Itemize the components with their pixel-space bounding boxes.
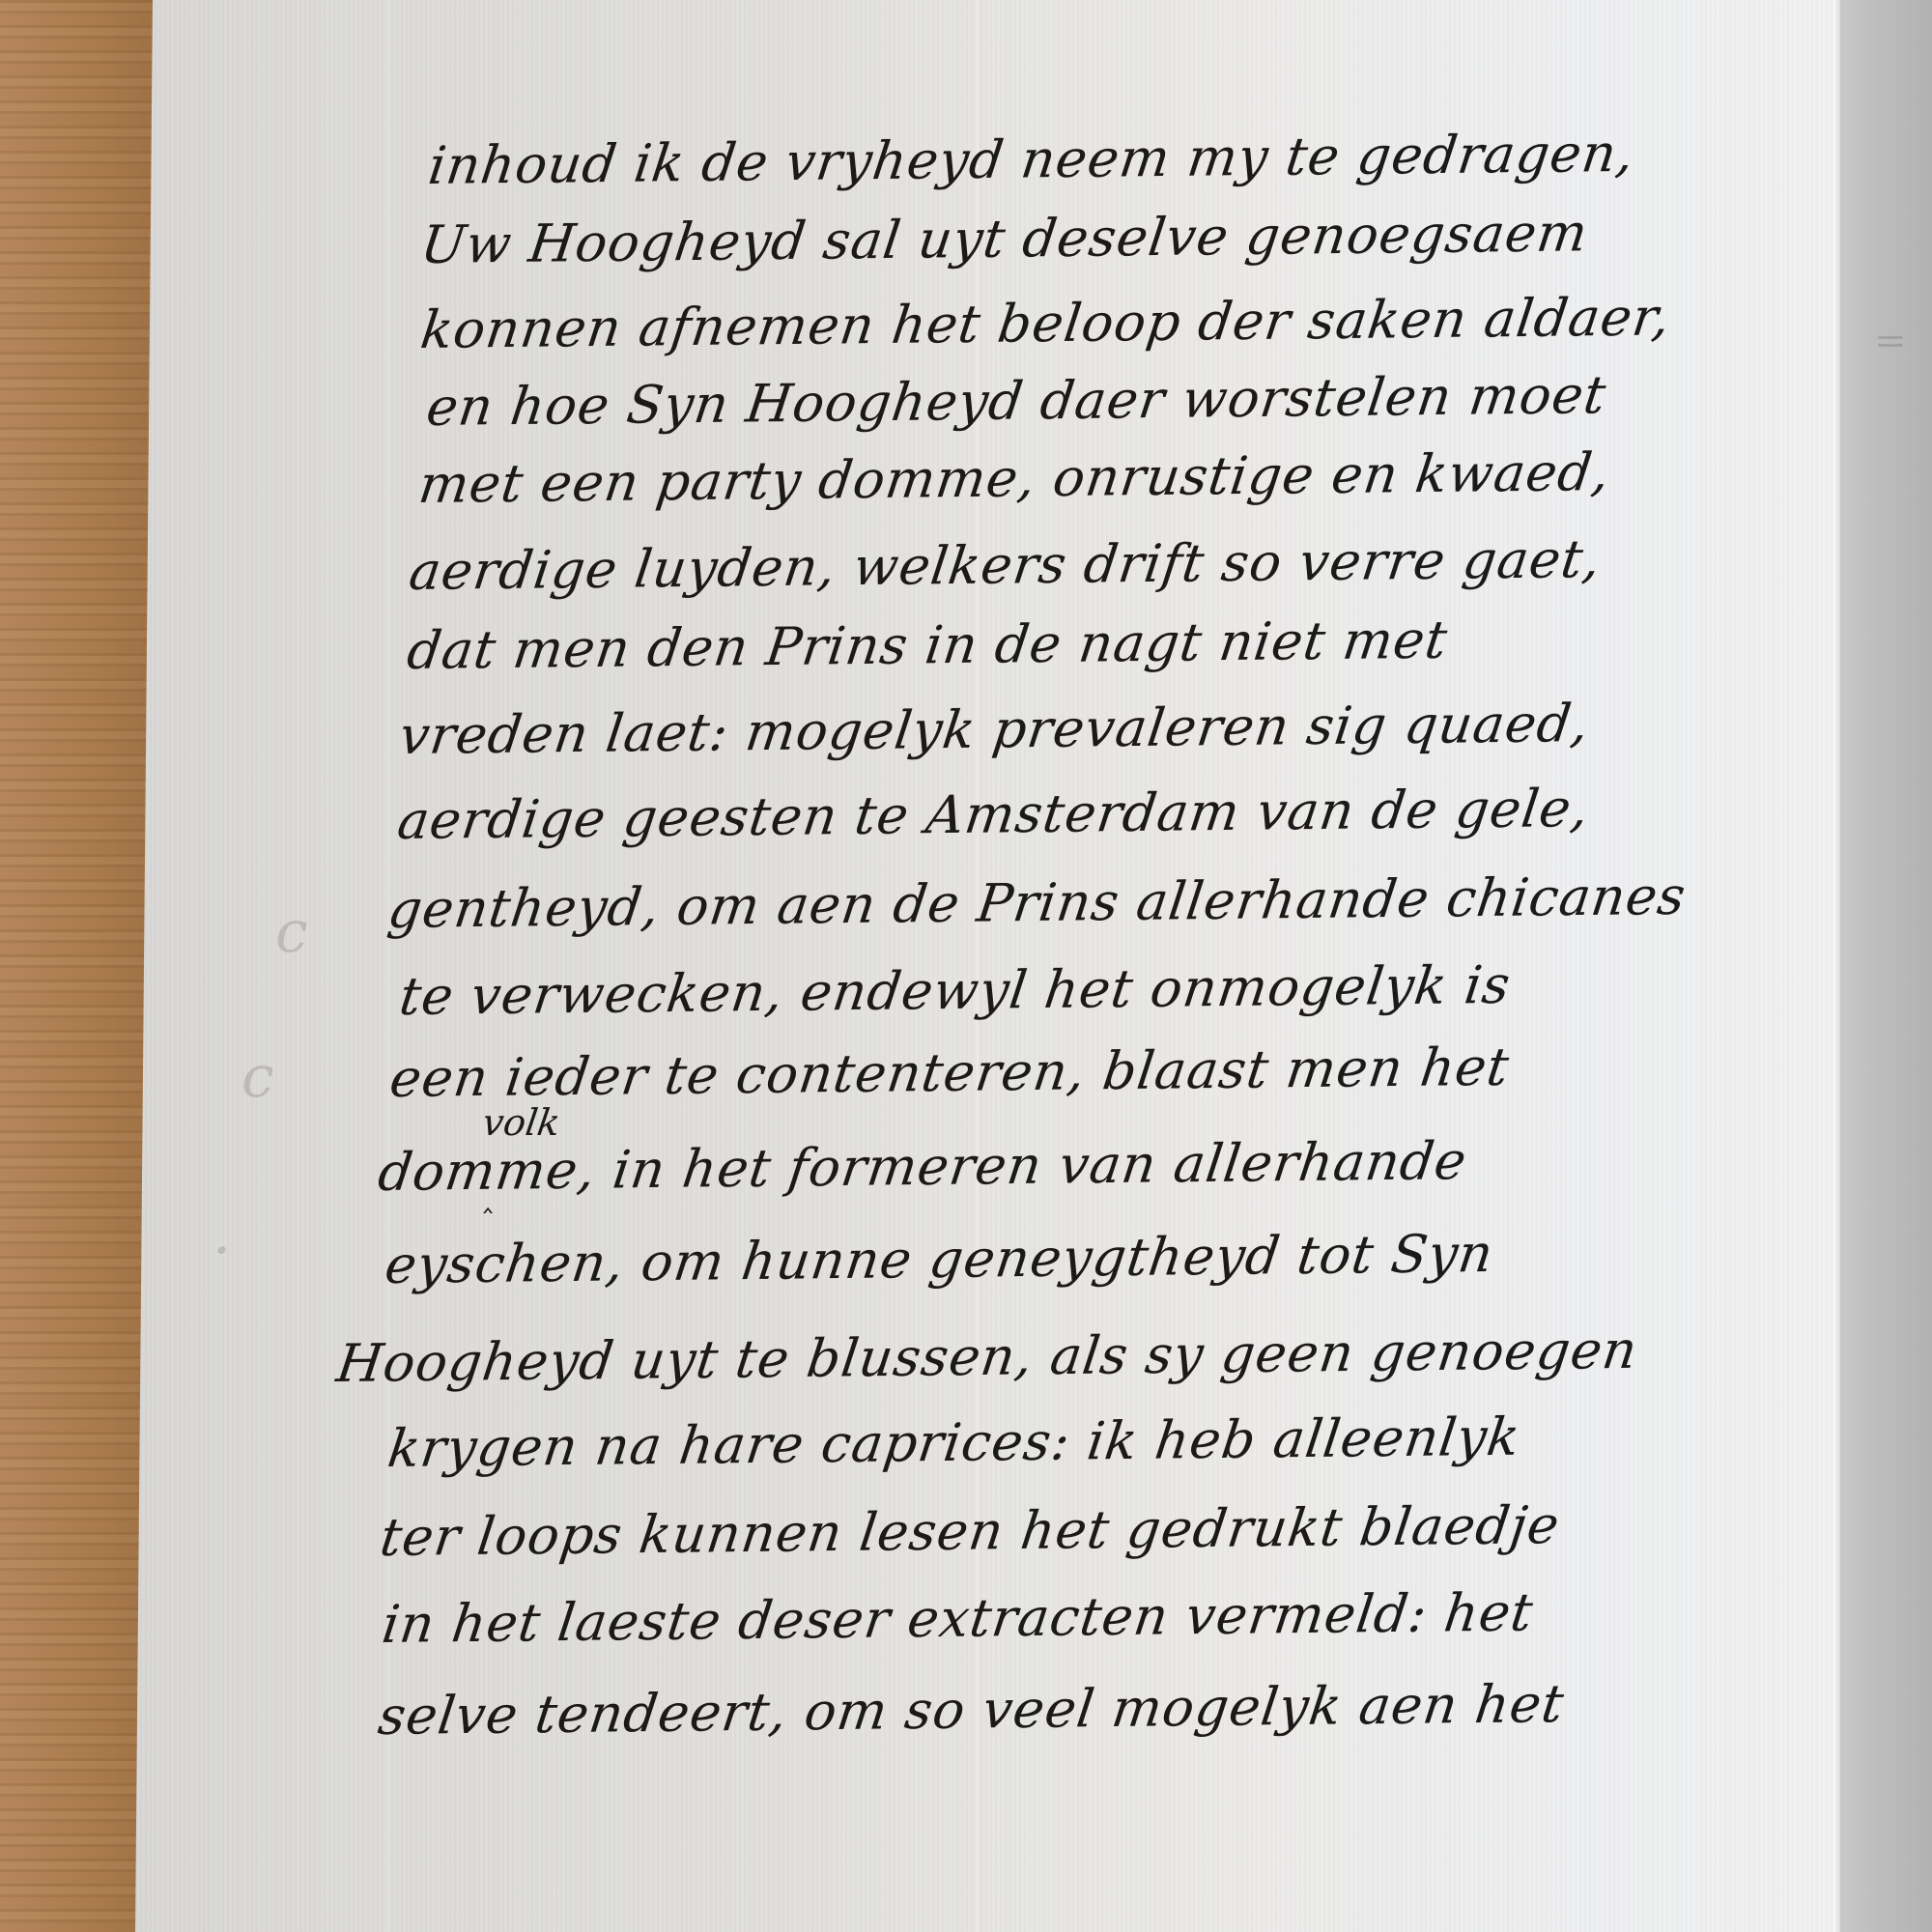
text-line-16: krygen na hare caprices: ik heb alleenly… [384,1406,1524,1479]
text-line-17: ter loops kunnen lesen het gedrukt blaed… [377,1494,1563,1568]
text-line-12: een ieder te contenteren, blaast men het [386,1037,1513,1109]
interlinear-insertion: volk [480,1101,563,1144]
text-line-2: Uw Hoogheyd sal uyt deselve genoegsaem [417,202,1592,275]
text-line-13: domme, in het formeren van allerhande [375,1130,1470,1203]
handwritten-text-block: inhoud ik de vryheyd neem my te gedragen… [0,0,1932,1932]
text-line-8: vreden laet: mogelyk prevaleren sig quae… [396,693,1593,766]
text-line-10: gentheyd, om aen de Prins allerhande chi… [384,866,1690,940]
text-line-6: aerdige luyden, welkers drift so verre g… [406,528,1605,602]
text-line-18: in het laeste deser extracten vermeld: h… [379,1581,1537,1655]
text-line-9: aerdige geesten te Amsterdam van de gele… [394,778,1593,851]
text-line-3: konnen afnemen het beloop der saken alda… [417,286,1674,360]
text-line-5: met een party domme, onrustige en kwaed, [415,441,1614,515]
text-line-19: selve tendeert, om so veel mogelyk aen h… [375,1673,1568,1747]
text-line-14: eyschen, om hunne geneygtheyd tot Syn [382,1223,1497,1295]
text-line-11: te verwecken, endewyl het onmogelyk is [396,954,1515,1027]
text-line-1: inhoud ik de vryheyd neem my te gedragen… [425,123,1638,196]
text-line-4: en hoe Syn Hoogheyd daer worstelen moet [423,364,1610,438]
text-line-7: dat men den Prins in de nagt niet met [404,610,1451,681]
text-line-15: Hoogheyd uyt te blussen, als sy geen gen… [333,1320,1641,1394]
